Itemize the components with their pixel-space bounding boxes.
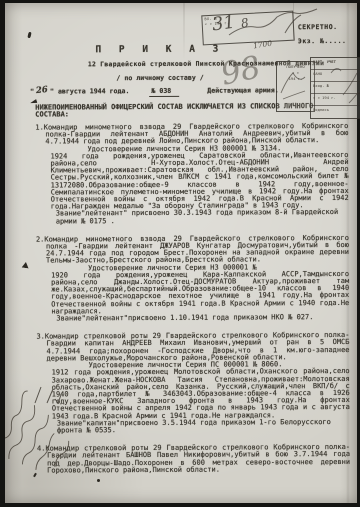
entry-heading: 1.Командир минометного взвода 29 Гвардей… [35, 123, 348, 146]
order-entry-2: 2.Командир минометного взвода 29 Гвардей… [36, 235, 349, 323]
entry-biography: 1920 года рождения,уроженец Кара-Калпакс… [36, 271, 349, 316]
quote-open: " [30, 88, 34, 96]
entry-biography: 1924 года рождения,уроженец Саратовской … [35, 152, 348, 211]
document-page: СЕКРЕТНО. Экз. №..... П Р И К А З 12 Гва… [5, 3, 357, 503]
date-text: августа 1944 года. [58, 87, 130, 95]
quote-close: " [50, 87, 54, 95]
order-entry-1: 1.Командир минометного взвода 29 Гвардей… [35, 123, 349, 225]
entry-rank-line: Звание"лейтенант" присвоено 30.3.1943 го… [36, 209, 349, 225]
entry-rank-line: Звание"лейтенант"присвоено 1.10.1941 год… [36, 314, 349, 323]
handwritten-scribble [227, 7, 323, 41]
registry-stamp-scribble [313, 59, 360, 115]
received-stamp-scribble [277, 63, 311, 103]
handwritten-check-marks [31, 385, 61, 407]
entry-heading: 3.Командир стрелковой роты 29 Гвардейско… [36, 332, 349, 362]
order-number: № 038 [149, 87, 179, 97]
entry-heading: 2.Командир минометного взвода 29 Гвардей… [36, 235, 349, 265]
handwritten-day: 26 [36, 85, 49, 96]
scanned-document: СЕКРЕТНО. Экз. №..... П Р И К А З 12 Гва… [0, 0, 360, 507]
